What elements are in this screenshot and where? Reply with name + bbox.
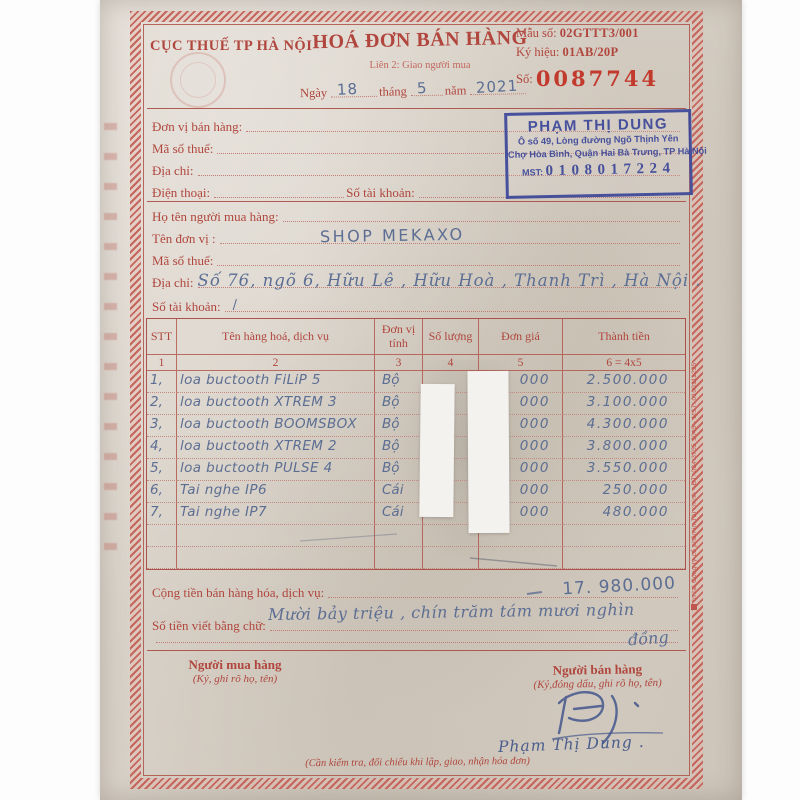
table-row	[147, 525, 685, 547]
amount-in-words-row-2	[152, 628, 680, 646]
buyer-signature-block: Người mua hàng (Ký, ghi rõ họ, tên)	[165, 657, 305, 685]
cell-amount: 3.100.000	[563, 393, 685, 415]
table-row: 6,Tai nghe IP6Cái000250.000	[147, 481, 685, 503]
buyer-unit-row: Tên đơn vị : SHOP MEKAXO	[152, 228, 682, 247]
col-num: 5	[479, 355, 563, 371]
date-year-value: 2021	[476, 77, 519, 97]
torn-edge-marks	[104, 120, 117, 550]
cell-unit: Cái	[375, 503, 423, 525]
cell-name	[177, 547, 375, 569]
copy-note: Liên 2: Giao người mua	[300, 60, 540, 71]
cell-name	[177, 525, 375, 547]
cell-stt: 6,	[147, 481, 177, 503]
table-row: 5,loa buctooth PULSE 4Bộ0003.550.000	[147, 459, 685, 481]
col-num: 2	[177, 355, 375, 371]
col-header-stt: STT	[147, 319, 177, 355]
buyer-unit-value: SHOP MEKAXO	[319, 225, 464, 247]
cell-price	[479, 547, 563, 569]
buyer-tax-label: Mã số thuế:	[152, 253, 213, 269]
col-header-unit: Đơn vị tính	[375, 319, 423, 355]
cell-name: loa buctooth PULSE 4	[177, 459, 375, 481]
cell-name: loa buctooth XTREM 2	[177, 437, 375, 459]
buyer-name-row: Họ tên người mua hàng:	[152, 206, 682, 225]
invoice-number-row: Số: 0087744	[516, 63, 696, 96]
buyer-name-label: Họ tên người mua hàng:	[152, 209, 279, 225]
date-year-label: năm	[445, 83, 467, 98]
table-row: 2,loa buctooth XTREM 3Bộ0003.100.000	[147, 393, 685, 415]
serial-label: Ký hiệu:	[516, 45, 559, 59]
total-label: Cộng tiền bán hàng hóa, dịch vụ:	[152, 585, 324, 601]
date-day-label: Ngày	[300, 86, 327, 101]
seller-unit-label: Đơn vị bán hàng:	[152, 119, 242, 135]
section-divider	[147, 201, 686, 202]
stamp-mst-row: MST: 0108017224	[508, 160, 689, 181]
form-number-value: 02GTTT3/001	[560, 26, 639, 40]
buyer-address-label: Địa chỉ:	[152, 275, 194, 291]
cell-amount: 3.550.000	[563, 459, 685, 481]
buyer-account-value: /	[233, 298, 237, 313]
buyer-account-label: Số tài khoản:	[152, 299, 221, 315]
col-num: 3	[375, 355, 423, 371]
buyer-unit-label: Tên đơn vị :	[152, 231, 216, 247]
cell-unit	[375, 525, 423, 547]
serial-value: 01AB/20P	[563, 45, 619, 59]
form-number-row: Mẫu số: 02GTTT3/001	[516, 24, 696, 43]
cell-qty	[423, 547, 479, 569]
invoice-meta-block: Mẫu số: 02GTTT3/001 Ký hiệu: 01AB/20P Số…	[516, 24, 696, 95]
table-row: 3,loa buctooth BOOMSBOXBộ0004.300.000	[147, 415, 685, 437]
cell-amount: 480.000	[563, 503, 685, 525]
col-header-price: Đơn giá	[479, 319, 563, 355]
redaction-box-price	[467, 371, 509, 533]
col-num: 1	[147, 355, 177, 371]
table-row: 4,loa buctooth XTREM 2Bộ0003.800.000	[147, 437, 685, 459]
stamp-mst-value: 0108017224	[545, 160, 675, 179]
table-row: 7,Tai nghe IP7Cái000480.000	[147, 503, 685, 525]
col-header-amount: Thành tiền	[563, 319, 685, 355]
amount-in-words-line2: đồng	[627, 628, 669, 650]
col-header-qty: Số lượng	[423, 319, 479, 355]
cell-unit: Bộ	[375, 393, 423, 415]
issuer-label: CỤC THUẾ TP HÀ NỘI	[150, 38, 312, 55]
date-day-value: 18	[337, 80, 359, 99]
table-row	[147, 547, 685, 569]
stamp-mst-label: MST:	[522, 167, 543, 177]
table-header-row: STT Tên hàng hoá, dịch vụ Đơn vị tính Số…	[147, 319, 685, 355]
cell-name: loa buctooth FiLiP 5	[177, 371, 375, 393]
seller-address-label: Địa chỉ:	[152, 163, 194, 179]
redaction-box-qty	[419, 384, 454, 517]
cell-unit: Bộ	[375, 371, 423, 393]
buyer-signature-title: Người mua hàng	[165, 657, 305, 673]
cell-stt: 5,	[147, 459, 177, 481]
buyer-account-row: Số tài khoản: /	[152, 296, 682, 315]
column-number-row: 1 2 3 4 5 6 = 4x5	[147, 355, 685, 371]
seller-tax-label: Mã số thuế:	[152, 141, 213, 157]
cell-amount: 4.300.000	[563, 415, 685, 437]
cell-name: loa buctooth BOOMSBOX	[177, 415, 375, 437]
cell-stt: 4,	[147, 437, 177, 459]
serial-row: Ký hiệu: 01AB/20P	[516, 43, 696, 62]
seller-account-label: Số tài khoản:	[346, 185, 415, 201]
seller-signature-block: Người bán hàng (Ký,đóng dấu, ghi rõ họ, …	[505, 660, 690, 691]
cell-unit: Bộ	[375, 415, 423, 437]
table-row: 1,loa buctooth FiLiP 5Bộ0002.500.000	[147, 371, 685, 393]
invoice-number-value: 0087744	[536, 66, 659, 91]
buyer-address-value: Số 76, ngõ 6, Hữu Lê , Hữu Hoà , Thanh T…	[198, 271, 702, 290]
cell-name: loa buctooth XTREM 3	[177, 393, 375, 415]
buyer-signature-subtitle: (Ký, ghi rõ họ, tên)	[165, 673, 305, 685]
seller-stamp: PHẠM THỊ DUNG Ô số 49, Lòng đường Ngõ Th…	[504, 109, 693, 199]
cell-amount: 3.800.000	[563, 437, 685, 459]
cell-unit: Bộ	[375, 459, 423, 481]
cell-amount	[563, 525, 685, 547]
print-info-vertical: In tại Công ty cổ phần in Tài chính - ĐT…	[688, 278, 701, 613]
cell-amount: 2.500.000	[563, 371, 685, 393]
cell-stt	[147, 525, 177, 547]
cell-stt	[147, 547, 177, 569]
col-num: 6 = 4x5	[563, 355, 685, 371]
cell-name: Tai nghe IP6	[177, 481, 375, 503]
cell-stt: 3,	[147, 415, 177, 437]
print-info-text: In tại Công ty cổ phần in Tài chính - ĐT…	[691, 362, 698, 601]
items-table: STT Tên hàng hoá, dịch vụ Đơn vị tính Số…	[146, 318, 686, 570]
section-divider	[147, 108, 686, 109]
cell-amount: 250.000	[563, 481, 685, 503]
section-divider	[147, 650, 686, 651]
buyer-tax-row: Mã số thuế:	[152, 250, 682, 269]
col-header-name: Tên hàng hoá, dịch vụ	[177, 319, 375, 355]
cell-unit: Cái	[375, 481, 423, 503]
seller-phone-label: Điện thoại:	[152, 185, 210, 201]
date-month-label: tháng	[379, 84, 407, 99]
cell-amount	[563, 547, 685, 569]
invoice-number-label: Số:	[516, 72, 533, 86]
col-num: 4	[423, 355, 479, 371]
buyer-address-row: Địa chỉ: Số 76, ngõ 6, Hữu Lê , Hữu Hoà …	[152, 272, 682, 291]
cell-stt: 7,	[147, 503, 177, 525]
cell-unit: Bộ	[375, 437, 423, 459]
cell-stt: 2,	[147, 393, 177, 415]
items-body: 1,loa buctooth FiLiP 5Bộ0002.500.0002,lo…	[147, 371, 685, 569]
cell-stt: 1,	[147, 371, 177, 393]
invoice-photo: CỤC THUẾ TP HÀ NỘI HOÁ ĐƠN BÁN HÀNG Liên…	[0, 0, 800, 800]
date-month-value: 5	[416, 79, 427, 98]
tax-emblem-watermark-icon	[170, 52, 226, 108]
cell-name: Tai nghe IP7	[177, 503, 375, 525]
cell-unit	[375, 547, 423, 569]
form-number-label: Mẫu số:	[516, 26, 557, 40]
